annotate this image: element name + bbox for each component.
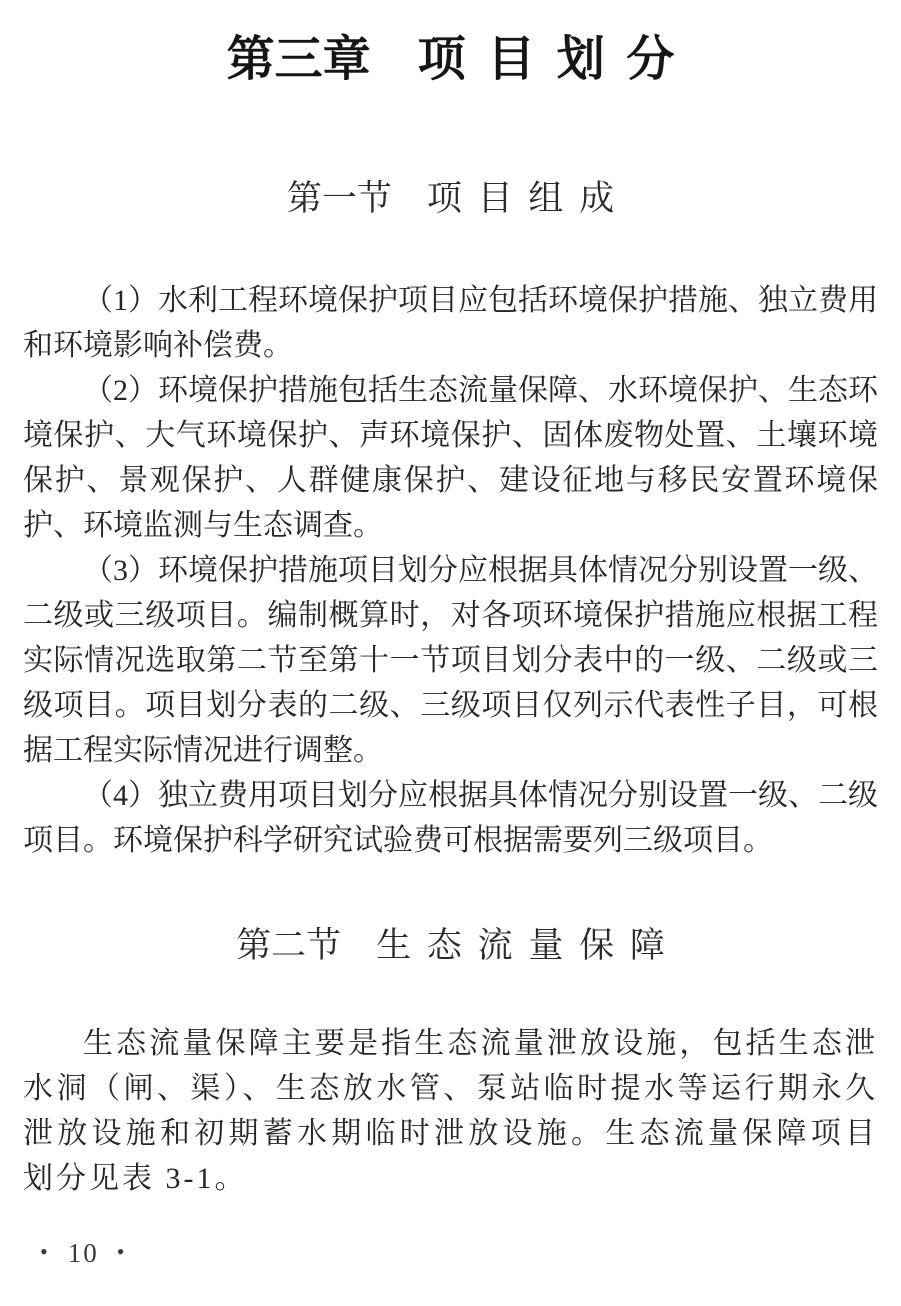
section-2-heading: 第二节 生态流量保障 <box>23 921 878 971</box>
paragraph-5: 生态流量保障主要是指生态流量泄放设施，包括生态泄水洞（闸、渠）、生态放水管、泵站… <box>23 1021 878 1201</box>
section-1-body: （1）水利工程环境保护项目应包括环境保护措施、独立费用和环境影响补偿费。 （2）… <box>23 278 878 863</box>
page-number: •10• <box>40 1238 126 1269</box>
chapter-title: 项目划分 <box>418 33 696 86</box>
chapter-heading: 第三章 项目划分 <box>23 30 878 90</box>
section-1-heading: 第一节 项目组成 <box>23 174 878 224</box>
page-number-right-dot: • <box>117 1239 127 1264</box>
section-2-body: 生态流量保障主要是指生态流量泄放设施，包括生态泄水洞（闸、渠）、生态放水管、泵站… <box>23 1021 878 1201</box>
page-number-value: 10 <box>68 1238 99 1268</box>
paragraph-2: （2）环境保护措施包括生态流量保障、水环境保护、生态环境保护、大气环境保护、声环… <box>23 368 878 548</box>
page-number-left-dot: • <box>40 1239 50 1264</box>
section-1-title: 项目组成 <box>427 179 630 218</box>
section-2-label: 第二节 <box>236 926 341 965</box>
document-page: 第三章 项目划分 第一节 项目组成 （1）水利工程环境保护项目应包括环境保护措施… <box>0 0 901 1306</box>
paragraph-3: （3）环境保护措施项目划分应根据具体情况分别设置一级、二级或三级项目。编制概算时… <box>23 548 878 773</box>
section-1-label: 第一节 <box>287 179 392 218</box>
section-2-title: 生态流量保障 <box>376 926 681 965</box>
paragraph-1: （1）水利工程环境保护项目应包括环境保护措施、独立费用和环境影响补偿费。 <box>23 278 878 368</box>
paragraph-4: （4）独立费用项目划分应根据具体情况分别设置一级、二级项目。环境保护科学研究试验… <box>23 773 878 863</box>
chapter-label: 第三章 <box>227 33 371 86</box>
